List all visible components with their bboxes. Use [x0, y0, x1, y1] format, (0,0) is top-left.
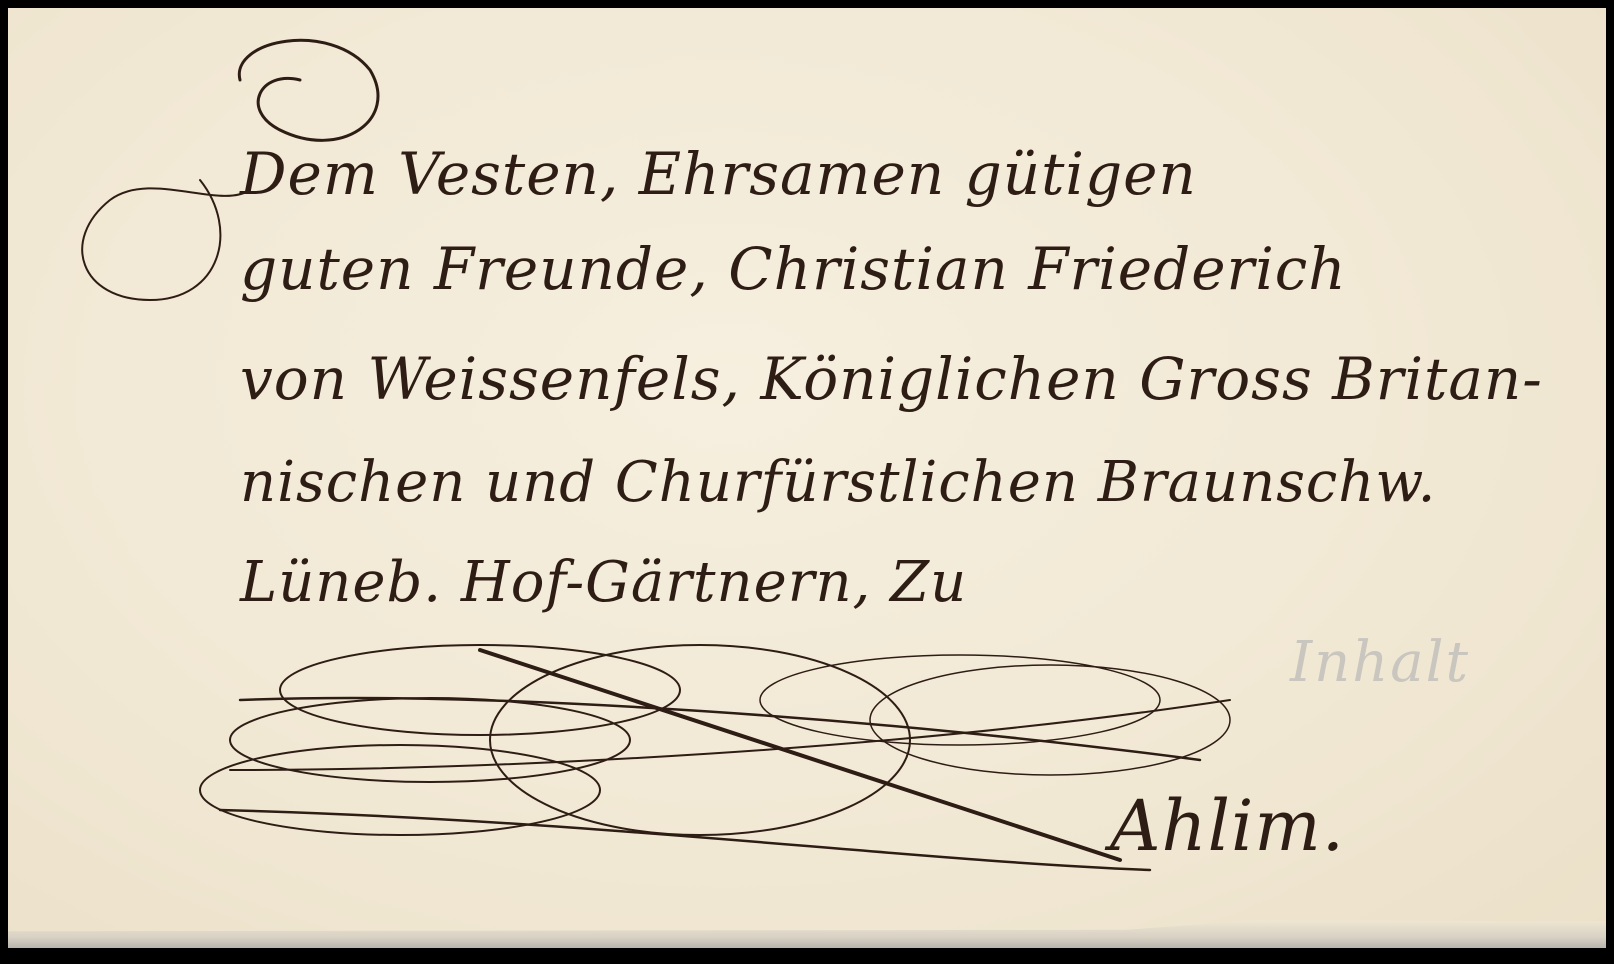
- pencil-note: Inhalt: [1290, 630, 1470, 695]
- signature: Ahlim.: [1110, 785, 1345, 867]
- address-line-1: Dem Vesten, Ehrsamen gütigen: [240, 140, 1197, 208]
- address-line-2: guten Freunde, Christian Friederich: [240, 235, 1347, 303]
- address-line-4: nischen und Churfürstlichen Braunschw.: [240, 450, 1436, 515]
- address-line-5: Lüneb. Hof-Gärtnern, Zu: [240, 550, 967, 615]
- address-line-3: von Weissenfels, Königlichen Gross Brita…: [240, 345, 1543, 413]
